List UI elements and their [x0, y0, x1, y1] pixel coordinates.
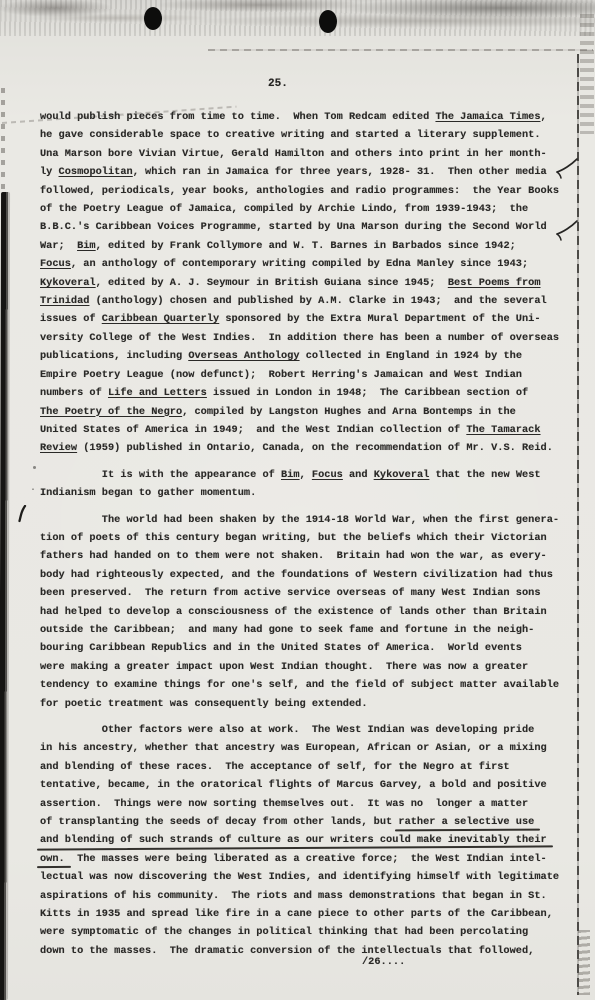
- text-line: in his ancestry, whether that ancestry w…: [40, 739, 559, 757]
- text-line: publications, including Overseas Antholo…: [40, 347, 559, 365]
- text-line: versity College of the West Indies. In a…: [40, 329, 559, 347]
- text-line: and blending of such strands of culture …: [40, 831, 559, 849]
- text-segment: down to the masses. The dramatic convers…: [40, 945, 534, 957]
- text-segment: ly: [40, 166, 59, 178]
- text-segment: issued in London in 1948; The Caribbean …: [207, 387, 528, 399]
- text-segment: that the new West: [429, 469, 540, 481]
- text-line: would publish pieces from time to time. …: [40, 108, 559, 126]
- underlined-title: Overseas Anthology: [188, 350, 299, 362]
- text-segment: issues of: [40, 313, 102, 325]
- text-segment: United States of America in 1949; and th…: [40, 424, 466, 436]
- text-line: tendency to examine things for one's sel…: [40, 676, 559, 694]
- text-segment: tendency to examine things for one's sel…: [40, 679, 559, 691]
- text-line: Other factors were also at work. The Wes…: [40, 721, 559, 739]
- text-line: The world had been shaken by the 1914-18…: [40, 511, 559, 529]
- text-line: The Poetry of the Negro, compiled by Lan…: [40, 403, 559, 421]
- text-segment: collected in England in 1924 by the: [300, 350, 522, 362]
- underlined-title: The Jamaica Times: [435, 111, 540, 123]
- underlined-title: Life and Letters: [108, 387, 207, 399]
- text-line: Empire Poetry League (now defunct); Robe…: [40, 366, 559, 384]
- scan-edge-left-faint: [1, 88, 5, 192]
- text-segment: been preserved. The return from active s…: [40, 587, 541, 599]
- text-segment: and: [343, 469, 374, 481]
- text-line: It is with the appearance of Bim, Focus …: [40, 466, 559, 484]
- text-line: had helped to develop a consciousness of…: [40, 603, 559, 621]
- text-line: Indianism began to gather momentum.: [40, 484, 559, 502]
- text-segment: had helped to develop a consciousness of…: [40, 606, 547, 618]
- paragraph: The world had been shaken by the 1914-18…: [40, 511, 559, 713]
- underlined-title: Kykoveral: [374, 469, 430, 481]
- text-segment: War;: [40, 240, 77, 252]
- text-line: outside the Caribbean; and many had gone…: [40, 621, 559, 639]
- scan-edge-right: [577, 54, 579, 995]
- text-segment: , edited by A. J. Seymour in British Gui…: [96, 277, 448, 289]
- text-line: Review (1959) published in Ontario, Cana…: [40, 439, 559, 457]
- text-segment: , an anthology of contemporary writing c…: [71, 258, 528, 270]
- underlined-title: Bim: [281, 469, 300, 481]
- pen-underlined-text: rather a selective use: [398, 816, 534, 828]
- pen-dots-mark: . ,: [30, 483, 66, 494]
- text-segment: , compiled by Langston Hughes and Arna B…: [182, 406, 516, 418]
- text-line: Kykoveral, edited by A. J. Seymour in Br…: [40, 274, 559, 292]
- text-segment: in his ancestry, whether that ancestry w…: [40, 742, 547, 754]
- pen-dot-mark: [33, 466, 36, 469]
- underlined-title: The Poetry of the Negro: [40, 406, 182, 418]
- underlined-title: Bim: [77, 240, 96, 252]
- handwritten-check-icon: [553, 219, 579, 241]
- paragraph: Other factors were also at work. The Wes…: [40, 721, 559, 960]
- text-line: assertion. Things were now sorting thems…: [40, 795, 559, 813]
- pen-flick-icon: [16, 505, 28, 523]
- pen-underlined-text: own.: [40, 853, 65, 865]
- text-segment: , edited by Frank Collymore and W. T. Ba…: [96, 240, 516, 252]
- text-segment: were making a greater impact upon West I…: [40, 661, 528, 673]
- scan-smudge: [578, 930, 590, 995]
- text-segment: Empire Poetry League (now defunct); Robe…: [40, 369, 522, 381]
- text-line: Una Marson bore Vivian Virtue, Gerald Ha…: [40, 145, 559, 163]
- text-line: own. The masses were being liberated as …: [40, 850, 559, 868]
- text-segment: lectual was now discovering the West Ind…: [40, 871, 559, 883]
- text-segment: would publish pieces from time to time. …: [40, 111, 435, 123]
- underlined-title: Focus: [40, 258, 71, 270]
- scan-noise-top: [0, 0, 595, 36]
- text-line: followed, periodicals, year books, antho…: [40, 182, 559, 200]
- text-line: and blending of these races. The accepta…: [40, 758, 559, 776]
- text-segment: Kitts in 1935 and spread like fire in a …: [40, 908, 553, 920]
- text-line: issues of Caribbean Quarterly sponsored …: [40, 310, 559, 328]
- text-line: B.B.C.'s Caribbean Voices Programme, sta…: [40, 218, 559, 236]
- text-segment: sponsored by the Extra Mural Department …: [219, 313, 540, 325]
- text-line: Trinidad (anthology) chosen and publishe…: [40, 292, 559, 310]
- punch-hole-icon: [144, 7, 162, 30]
- text-segment: (1959) published in Ontario, Canada, on …: [77, 442, 553, 454]
- text-line: down to the masses. The dramatic convers…: [40, 942, 559, 960]
- text-line: been preserved. The return from active s…: [40, 584, 559, 602]
- underlined-title: Kykoveral: [40, 277, 96, 289]
- text-line: War; Bim, edited by Frank Collymore and …: [40, 237, 559, 255]
- continuation-number: /26....: [362, 956, 405, 968]
- text-segment: publications, including: [40, 350, 188, 362]
- text-line: he gave considerable space to creative w…: [40, 126, 559, 144]
- document-page: 25. would publish pieces from time to ti…: [0, 0, 595, 1000]
- underlined-title: The Tamarack: [466, 424, 540, 436]
- text-segment: (anthology) chosen and published by A.M.…: [89, 295, 546, 307]
- text-segment: of transplanting the seeds of decay from…: [40, 816, 398, 828]
- text-segment: ,: [300, 469, 312, 481]
- text-line: tion of poets of this century began writ…: [40, 529, 559, 547]
- text-segment: body had righteously expected, and the f…: [40, 569, 553, 581]
- text-segment: aspirations of his community. The riots …: [40, 890, 547, 902]
- pen-underlined-text: and blending of such strands of culture …: [40, 834, 547, 846]
- text-segment: It is with the appearance of: [40, 469, 281, 481]
- text-segment: outside the Caribbean; and many had gone…: [40, 624, 534, 636]
- underlined-title: Best Poems from: [448, 277, 541, 289]
- text-line: Kitts in 1935 and spread like fire in a …: [40, 905, 559, 923]
- handwritten-check-icon: [553, 157, 579, 179]
- scan-smudge: [580, 14, 594, 134]
- text-line: fathers had handed on to them were not s…: [40, 547, 559, 565]
- text-line: of transplanting the seeds of decay from…: [40, 813, 559, 831]
- text-segment: The masses were being liberated as a cre…: [65, 853, 547, 865]
- scan-edge-left: [0, 192, 10, 1000]
- text-line: ly Cosmopolitan, which ran in Jamaica fo…: [40, 163, 559, 181]
- text-line: United States of America in 1949; and th…: [40, 421, 559, 439]
- text-line: lectual was now discovering the West Ind…: [40, 868, 559, 886]
- text-segment: B.B.C.'s Caribbean Voices Programme, sta…: [40, 221, 547, 233]
- text-line: were symptomatic of the changes in polit…: [40, 923, 559, 941]
- text-segment: Una Marson bore Vivian Virtue, Gerald Ha…: [40, 148, 547, 160]
- text-segment: followed, periodicals, year books, antho…: [40, 185, 559, 197]
- text-line: were making a greater impact upon West I…: [40, 658, 559, 676]
- text-segment: he gave considerable space to creative w…: [40, 129, 541, 141]
- underlined-title: Review: [40, 442, 77, 454]
- text-segment: , which ran in Jamaica for three years, …: [133, 166, 547, 178]
- text-segment: tentative, became, in the oratorical fli…: [40, 779, 547, 791]
- underlined-title: Trinidad: [40, 295, 89, 307]
- punch-hole-icon: [319, 10, 337, 33]
- paragraph: It is with the appearance of Bim, Focus …: [40, 466, 559, 503]
- text-line: for poetic treatment was consequently be…: [40, 695, 559, 713]
- text-line: Focus, an anthology of contemporary writ…: [40, 255, 559, 273]
- underlined-title: Caribbean Quarterly: [102, 313, 219, 325]
- text-line: of the Poetry League of Jamaica, compile…: [40, 200, 559, 218]
- text-line: numbers of Life and Letters issued in Lo…: [40, 384, 559, 402]
- text-segment: ,: [541, 111, 547, 123]
- scan-artifact-line: [208, 49, 593, 51]
- text-segment: were symptomatic of the changes in polit…: [40, 926, 528, 938]
- text-line: body had righteously expected, and the f…: [40, 566, 559, 584]
- text-segment: versity College of the West Indies. In a…: [40, 332, 559, 344]
- paragraph: would publish pieces from time to time. …: [40, 108, 559, 458]
- text-segment: of the Poetry League of Jamaica, compile…: [40, 203, 528, 215]
- text-segment: tion of poets of this century began writ…: [40, 532, 547, 544]
- text-segment: bouring Caribbean Republics and in the U…: [40, 642, 522, 654]
- text-segment: numbers of: [40, 387, 108, 399]
- text-line: aspirations of his community. The riots …: [40, 887, 559, 905]
- text-segment: Other factors were also at work. The Wes…: [40, 724, 534, 736]
- text-line: bouring Caribbean Republics and in the U…: [40, 639, 559, 657]
- text-segment: Indianism began to gather momentum.: [40, 487, 256, 499]
- text-segment: for poetic treatment was consequently be…: [40, 698, 368, 710]
- text-segment: fathers had handed on to them were not s…: [40, 550, 547, 562]
- text-segment: The world had been shaken by the 1914-18…: [40, 514, 559, 526]
- page-number: 25.: [268, 78, 288, 90]
- text-line: tentative, became, in the oratorical fli…: [40, 776, 559, 794]
- text-segment: and blending of these races. The accepta…: [40, 761, 510, 773]
- text-segment: assertion. Things were now sorting thems…: [40, 798, 528, 810]
- underlined-title: Focus: [312, 469, 343, 481]
- underlined-title: Cosmopolitan: [59, 166, 133, 178]
- text-block: would publish pieces from time to time. …: [40, 108, 559, 968]
